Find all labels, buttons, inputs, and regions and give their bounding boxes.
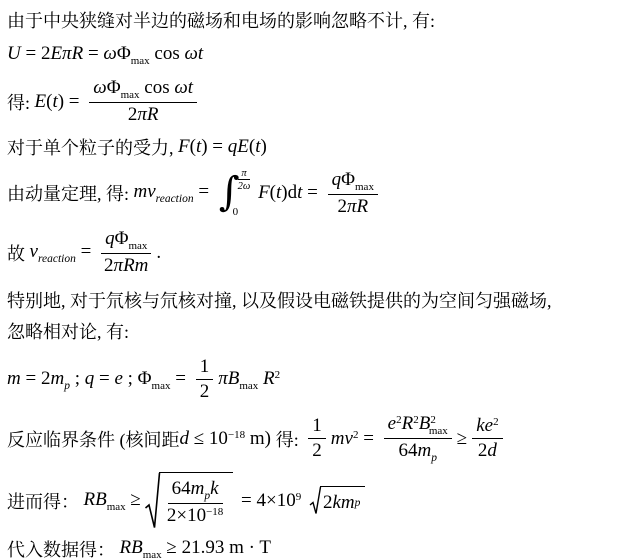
momentum-theorem-integrand: F(t)dt =: [253, 182, 322, 204]
kinetic-energy-lhs: mv2 =: [331, 428, 379, 450]
reaction-velocity-period: .: [156, 242, 161, 264]
geq-sign: ≥: [457, 428, 467, 450]
equation-force-prefix: 对于单个粒子的受力,: [7, 134, 178, 160]
square-root-large-body: 64mpk 2×10−18: [159, 472, 233, 530]
momentum-result-numerator: qΦmax: [328, 169, 378, 195]
e-field-fraction: ωΦmax cos ωt 2πR: [89, 77, 197, 126]
equation-momentum-theorem: 由动量定理, 得: mvreaction = ∫ π 2ω 0 F(t)dt =…: [7, 168, 633, 218]
equation-force: 对于单个粒子的受力, F(t) = qE(t): [7, 134, 633, 160]
equation-final-result: 代入数据得： RBmax ≥ 21.93 m · T: [7, 536, 633, 558]
coulomb-energy-fraction: ke2 2d: [472, 415, 502, 462]
equation-force-expr: F(t) = qE(t): [178, 136, 267, 158]
sqrt-fraction: 64mpk 2×10−18: [167, 478, 223, 527]
equation-voltage-expr: U = 2EπR = ωΦmax cos ωt: [7, 43, 203, 67]
paragraph-slit-assumption: 由于中央狭缝对半边的磁场和电场的影响忽略不计, 有:: [7, 7, 633, 33]
one-half-denominator: 2: [200, 380, 210, 403]
final-result-expr: RBmax ≥ 21.93 m · T: [120, 537, 271, 558]
integral-sign: ∫: [219, 173, 240, 211]
reaction-velocity-denominator: 2πRm: [104, 254, 148, 277]
one-half-numerator: 1: [196, 356, 214, 380]
kinetic-half-numerator: 1: [308, 415, 326, 439]
paragraph-deuteron-case: 特别地, 对于氘核与氘核对撞, 以及假设电磁铁提供的为空间匀强磁场,: [7, 287, 633, 313]
kinetic-energy-denominator: 64mp: [398, 439, 436, 464]
reaction-velocity-prefix: 故: [7, 240, 30, 266]
reaction-velocity-numerator: qΦmax: [101, 228, 151, 254]
equation-e-field-prefix: 得:: [7, 89, 35, 115]
final-result-prefix: 代入数据得：: [7, 536, 120, 558]
substitutions-rhs: πBmax R2: [218, 368, 280, 392]
one-half-fraction: 1 2: [196, 356, 214, 403]
sqrt-fraction-numerator: 64mpk: [168, 478, 223, 504]
equation-e-field: 得: E(t) = ωΦmax cos ωt 2πR: [7, 77, 633, 126]
integral-expression: ∫ π 2ω 0: [219, 168, 251, 218]
coulomb-energy-denominator: 2d: [478, 439, 497, 462]
kinetic-energy-numerator: e2R2B2max: [384, 413, 452, 439]
momentum-result-denominator: 2πR: [337, 195, 368, 218]
critical-condition-prefix: 反应临界条件 (核间距: [7, 426, 180, 452]
paragraph-nonrelativistic: 忽略相对论, 有:: [7, 318, 633, 344]
reaction-velocity-lhs: vreaction =: [30, 241, 97, 265]
kinetic-energy-fraction: e2R2B2max 64mp: [384, 413, 452, 464]
equation-rbmax-derived: 进而得： RBmax ≥ 64mpk 2×10−18 = 4×109 2kmp: [7, 472, 633, 530]
paragraph-deuteron-case-text: 特别地, 对于氘核与氘核对撞, 以及假设电磁铁提供的为空间匀强磁场,: [7, 287, 552, 313]
reaction-velocity-fraction: qΦmax 2πRm: [101, 228, 151, 277]
rbmax-derived-mid: = 4×109: [236, 490, 306, 512]
rbmax-derived-prefix: 进而得：: [7, 488, 84, 514]
equation-e-field-lhs: E(t) =: [35, 91, 85, 113]
critical-condition-distance: d ≤ 10−18 m): [180, 428, 276, 450]
equation-substitutions: m = 2mp ; q = e ; Φmax = 1 2 πBmax R2: [7, 356, 633, 403]
critical-condition-mid-text: 得:: [276, 426, 304, 452]
sqrt-fraction-denominator: 2×10−18: [167, 504, 223, 527]
square-root-small: 2kmp: [309, 486, 365, 516]
momentum-theorem-prefix: 由动量定理, 得:: [7, 180, 134, 206]
square-root-large: 64mpk 2×10−18: [144, 472, 233, 530]
rbmax-derived-lhs: RBmax ≥: [84, 489, 141, 513]
momentum-result-fraction: qΦmax 2πR: [328, 169, 378, 218]
square-root-small-body: 2kmp: [320, 486, 365, 516]
coulomb-energy-numerator: ke2: [472, 415, 502, 439]
physics-solution-document: 由于中央狭缝对半边的磁场和电场的影响忽略不计, 有: U = 2EπR = ωΦ…: [0, 0, 637, 558]
e-field-fraction-numerator: ωΦmax cos ωt: [89, 77, 197, 103]
equation-critical-condition: 反应临界条件 (核间距 d ≤ 10−18 m) 得: 1 2 mv2 = e2…: [7, 413, 633, 464]
equation-voltage: U = 2EπR = ωΦmax cos ωt: [7, 43, 633, 67]
integral-upper-numerator: π: [238, 168, 249, 180]
e-field-fraction-denominator: 2πR: [128, 103, 159, 126]
paragraph-slit-assumption-text: 由于中央狭缝对半边的磁场和电场的影响忽略不计, 有:: [7, 7, 435, 33]
momentum-theorem-lhs: mvreaction =: [134, 181, 214, 205]
kinetic-half-fraction: 1 2: [308, 415, 326, 462]
equation-reaction-velocity: 故 vreaction = qΦmax 2πRm .: [7, 228, 633, 277]
kinetic-half-denominator: 2: [312, 439, 322, 462]
paragraph-nonrelativistic-text: 忽略相对论, 有:: [7, 318, 129, 344]
substitutions-lhs: m = 2mp ; q = e ; Φmax =: [7, 368, 191, 392]
